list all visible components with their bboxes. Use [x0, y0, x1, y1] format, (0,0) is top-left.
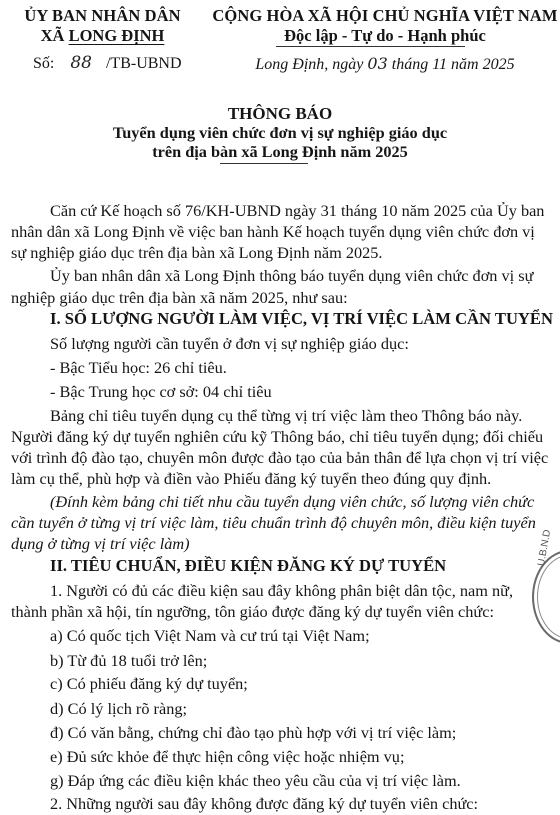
agency-name: ỦY BAN NHÂN DÂN	[0, 6, 205, 26]
section-1-heading: I. SỐ LƯỢNG NGƯỜI LÀM VIỆC, VỊ TRÍ VIỆC …	[50, 309, 553, 329]
condition-e: e) Đủ sức khỏe để thực hiện công việc ho…	[50, 746, 404, 768]
quota-primary: - Bậc Tiểu học: 26 chỉ tiêu.	[50, 357, 227, 379]
condition-c: c) Có phiếu đăng ký dự tuyển;	[50, 673, 248, 695]
issue-date-suffix: tháng 11 năm 2025	[392, 56, 515, 73]
section-1-para-line-4: làm cụ thể, phù hợp và điền vào Phiếu đă…	[11, 468, 491, 490]
section-1-para-line-3: với trình độ đào tạo, chuyên môn được đà…	[11, 447, 548, 469]
document-number-value: 88	[70, 53, 92, 73]
condition-g: g) Đáp ứng các điều kiện khác theo yêu c…	[50, 770, 461, 792]
document-subtitle-line2: trên địa bàn xã Long Định năm 2025	[0, 142, 560, 162]
document-number-suffix: /TB-UBND	[106, 55, 182, 72]
document-number: Số: 88 /TB-UBND	[33, 53, 182, 73]
intro-paragraph-2-line-1: Ủy ban nhân dân xã Long Định thông báo t…	[50, 265, 533, 287]
issue-date: Long Định, ngày 03 tháng 11 năm 2025	[210, 54, 560, 74]
country-name: CỘNG HÒA XÃ HỘI CHỦ NGHĨA VIỆT NAM	[210, 6, 560, 26]
title-underline	[220, 163, 308, 164]
intro-paragraph-2-line-2: nghiệp giáo dục trên địa bàn xã năm 2025…	[11, 287, 348, 309]
section-2-para-2: 2. Những người sau đây không được đăng k…	[50, 793, 478, 815]
document-title: THÔNG BÁO	[0, 104, 560, 124]
agency-commune-prefix: XÃ	[41, 26, 69, 45]
section-2-para-line-1: 1. Người có đủ các điều kiện sau đây khô…	[50, 580, 513, 602]
motto-underline	[276, 46, 465, 47]
agency-commune: XÃ LONG ĐỊNH	[0, 26, 205, 46]
attachment-note-line-1: (Đính kèm bảng chi tiết nhu cầu tuyển dụ…	[50, 491, 534, 513]
intro-paragraph-1-line-1: Căn cứ Kế hoạch số 76/KH-UBND ngày 31 th…	[50, 200, 544, 222]
condition-a: a) Có quốc tịch Việt Nam và cư trú tại V…	[50, 625, 370, 647]
intro-paragraph-1-line-2: nhân dân xã Long Định về việc ban hành K…	[11, 221, 535, 243]
section-1-lead: Số lượng người cần tuyển ở đơn vị sự ngh…	[50, 333, 409, 355]
intro-paragraph-1-line-3: sự nghiệp giáo dục trên địa bàn xã Long …	[11, 242, 382, 264]
issue-date-prefix: Long Định, ngày	[255, 56, 363, 73]
condition-b: b) Từ đủ 18 tuổi trở lên;	[50, 650, 207, 672]
national-motto: Độc lập - Tự do - Hạnh phúc	[210, 26, 560, 46]
document-number-label: Số:	[33, 55, 54, 72]
section-2-heading: II. TIÊU CHUẨN, ĐIỀU KIỆN ĐĂNG KÝ DỰ TUY…	[50, 556, 446, 576]
section-1-para-line-1: Bảng chỉ tiêu tuyển dụng cụ thể từng vị …	[50, 405, 522, 427]
attachment-note-line-3: dụng ở từng vị trí việc làm)	[11, 533, 190, 555]
document-subtitle-line1: Tuyển dụng viên chức đơn vị sự nghiệp gi…	[0, 123, 560, 143]
section-1-para-line-2: Người đăng ký dự tuyển nghiên cứu kỹ Thô…	[11, 426, 543, 448]
condition-dd: đ) Có văn bằng, chứng chỉ đào tạo phù hợ…	[50, 722, 456, 744]
attachment-note-line-2: cần tuyển ở từng vị trí việc làm, tiêu c…	[11, 512, 536, 534]
issue-date-day: 03	[367, 54, 387, 73]
quota-lower-secondary: - Bậc Trung học cơ sở: 04 chỉ tiêu	[50, 381, 272, 403]
agency-commune-name: LONG ĐỊNH	[69, 26, 165, 45]
section-2-para-line-2: thành phần xã hội, tín ngưỡng, tôn giáo …	[11, 601, 494, 623]
condition-d: d) Có lý lịch rõ ràng;	[50, 698, 187, 720]
